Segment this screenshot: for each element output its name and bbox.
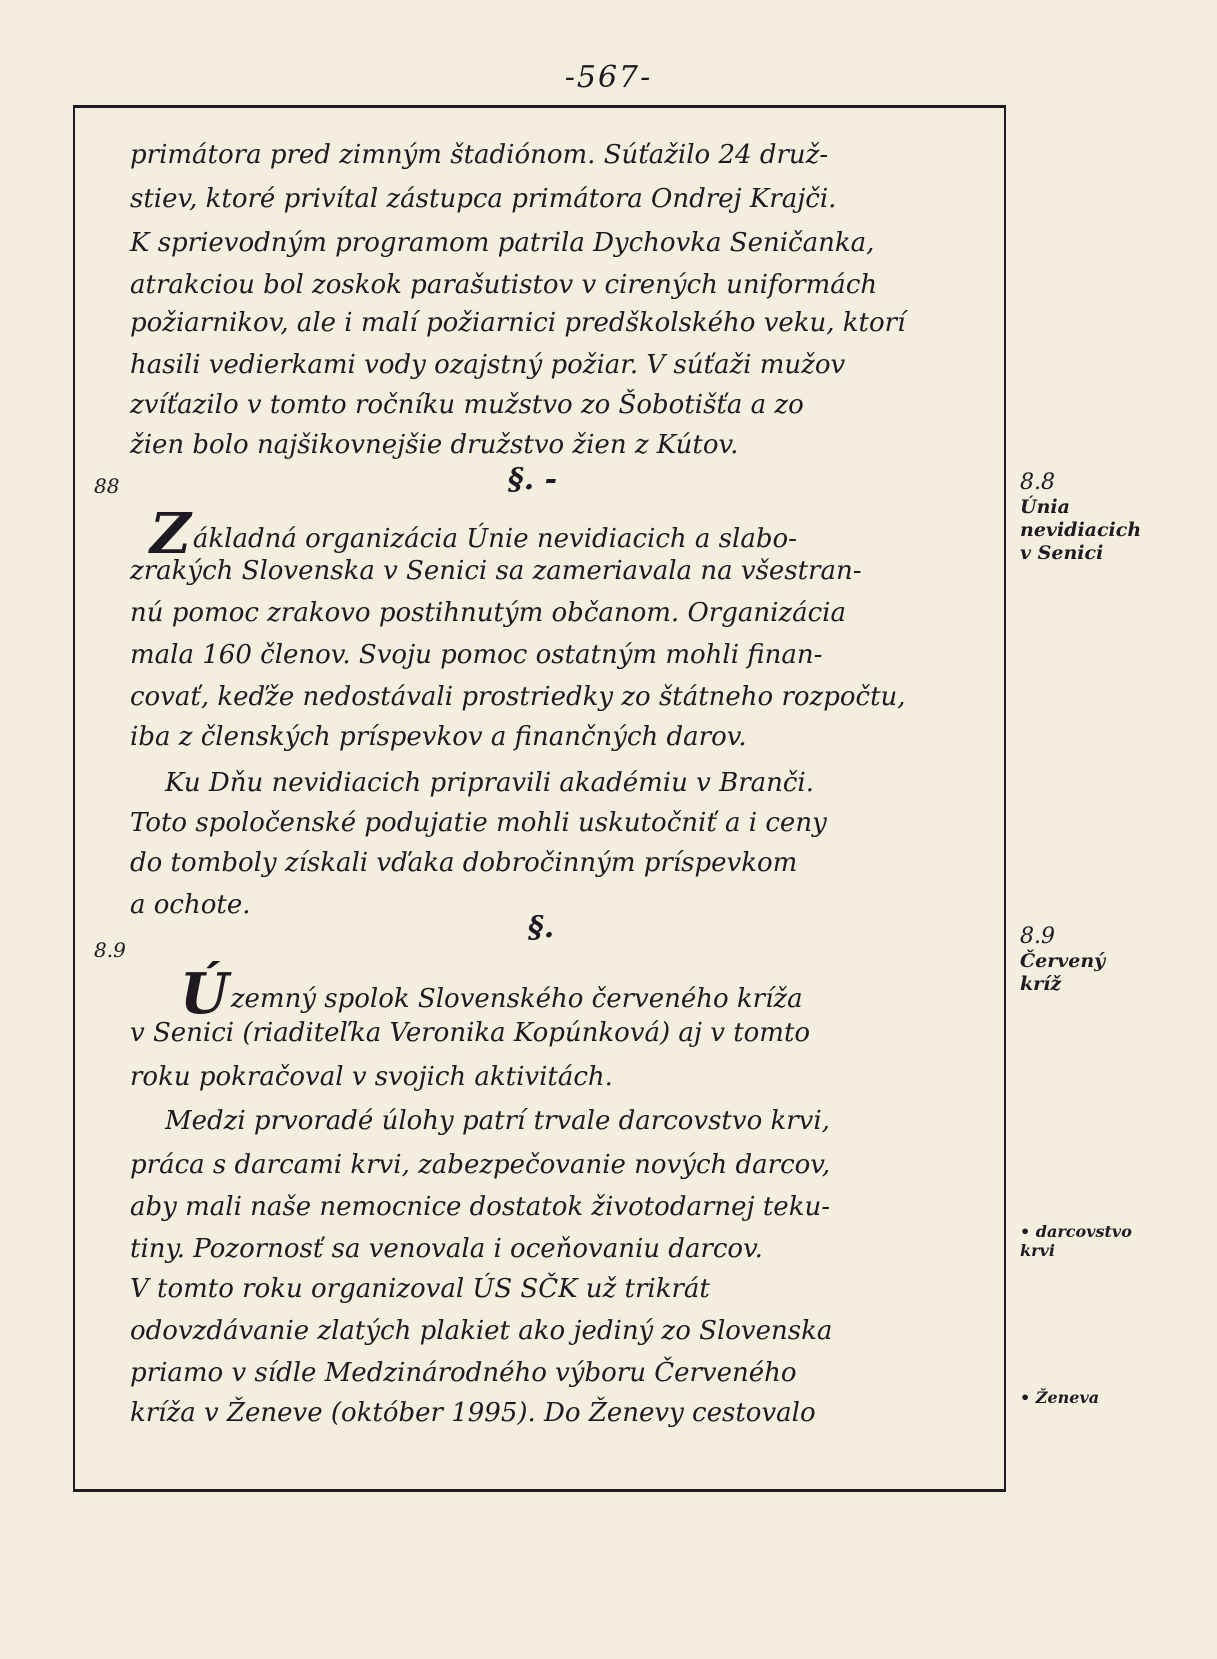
section-number: 8.9 [94, 938, 126, 962]
section-line: zrakých Slovenska v Senici sa zameriaval… [130, 558, 862, 584]
margin-note-line: Červený [1020, 950, 1105, 973]
section-line: V tomto roku organizoval ÚS SČK už trikr… [130, 1276, 710, 1302]
section-line: kríža v Ženeve (október 1995). Do Ženevy… [130, 1400, 816, 1426]
section-line: ákladná organizácia Únie nevidiacich a s… [193, 524, 797, 554]
margin-note-line: v Senici [1020, 542, 1141, 565]
section-line: iba z členských príspevkov a finančných … [130, 724, 747, 750]
section-line: tiny. Pozornosť sa venovala i oceňovaniu… [130, 1236, 763, 1262]
section-line: Ku Dňu nevidiacich pripravili akadémiu v… [165, 770, 814, 796]
section-number: 88 [94, 474, 119, 498]
section-line: roku pokračoval v svojich aktivitách. [130, 1064, 613, 1090]
margin-bullet: • darcovstvo krvi [1020, 1222, 1140, 1260]
section-line: mala 160 členov. Svoju pomoc ostatným mo… [130, 642, 822, 668]
section-line: v Senici (riaditeľka Veronika Kopúnková)… [130, 1020, 810, 1046]
page-number: -567- [0, 60, 1217, 95]
body-line: požiarnikov, ale i malí požiarnici predš… [130, 310, 905, 336]
margin-bullet: • Ženeva [1020, 1388, 1099, 1407]
margin-note-number: 8.8 [1020, 470, 1141, 496]
section-mark: §. [528, 910, 554, 945]
body-line: primátora pred zimným štadiónom. Súťažil… [130, 142, 828, 168]
section-mark: §. - [508, 462, 557, 497]
section-line: odovzdávanie zlatých plakiet ako jediný … [130, 1318, 832, 1344]
margin-note: 8.9 Červený kríž [1020, 924, 1105, 996]
section-line: nú pomoc zrakovo postihnutým občanom. Or… [130, 600, 846, 626]
margin-note-line: nevidiacich [1020, 519, 1141, 542]
margin-note-number: 8.9 [1020, 924, 1105, 950]
section-line: Toto spoločenské podujatie mohli uskutoč… [130, 810, 827, 836]
margin-note-line: kríž [1020, 973, 1105, 996]
section-line: covať, keďže nedostávali prostriedky zo … [130, 684, 906, 710]
section-line: práca s darcami krvi, zabezpečovanie nov… [130, 1152, 830, 1178]
margin-note-line: Únia [1020, 496, 1141, 519]
section-line: do tomboly získali vďaka dobročinným prí… [130, 850, 797, 876]
body-line: stiev, ktoré privítal zástupca primátora… [130, 186, 836, 212]
margin-note: 8.8 Únia nevidiacich v Senici [1020, 470, 1141, 565]
body-line: atrakciou bol zoskok parašutistov v cire… [130, 272, 877, 298]
section-heading-line: Základná organizácia Únie nevidiacich a … [150, 506, 797, 562]
section-heading-line: Územný spolok Slovenského červeného kríž… [180, 966, 803, 1022]
section-line: a ochote. [130, 892, 250, 918]
section-line: zemný spolok Slovenského červeného kríža [231, 984, 803, 1014]
section-line: aby mali naše nemocnice dostatok životod… [130, 1194, 830, 1220]
section-line: Medzi prvoradé úlohy patrí trvale darcov… [165, 1108, 830, 1134]
body-line: hasili vedierkami vody ozajstný požiar. … [130, 352, 845, 378]
body-line: žien bolo najšikovnejšie družstvo žien z… [130, 432, 738, 458]
section-line: priamo v sídle Medzinárodného výboru Čer… [130, 1360, 797, 1386]
body-line: zvíťazilo v tomto ročníku mužstvo zo Šob… [130, 392, 804, 418]
body-line: K sprievodným programom patrila Dychovka… [130, 230, 874, 256]
